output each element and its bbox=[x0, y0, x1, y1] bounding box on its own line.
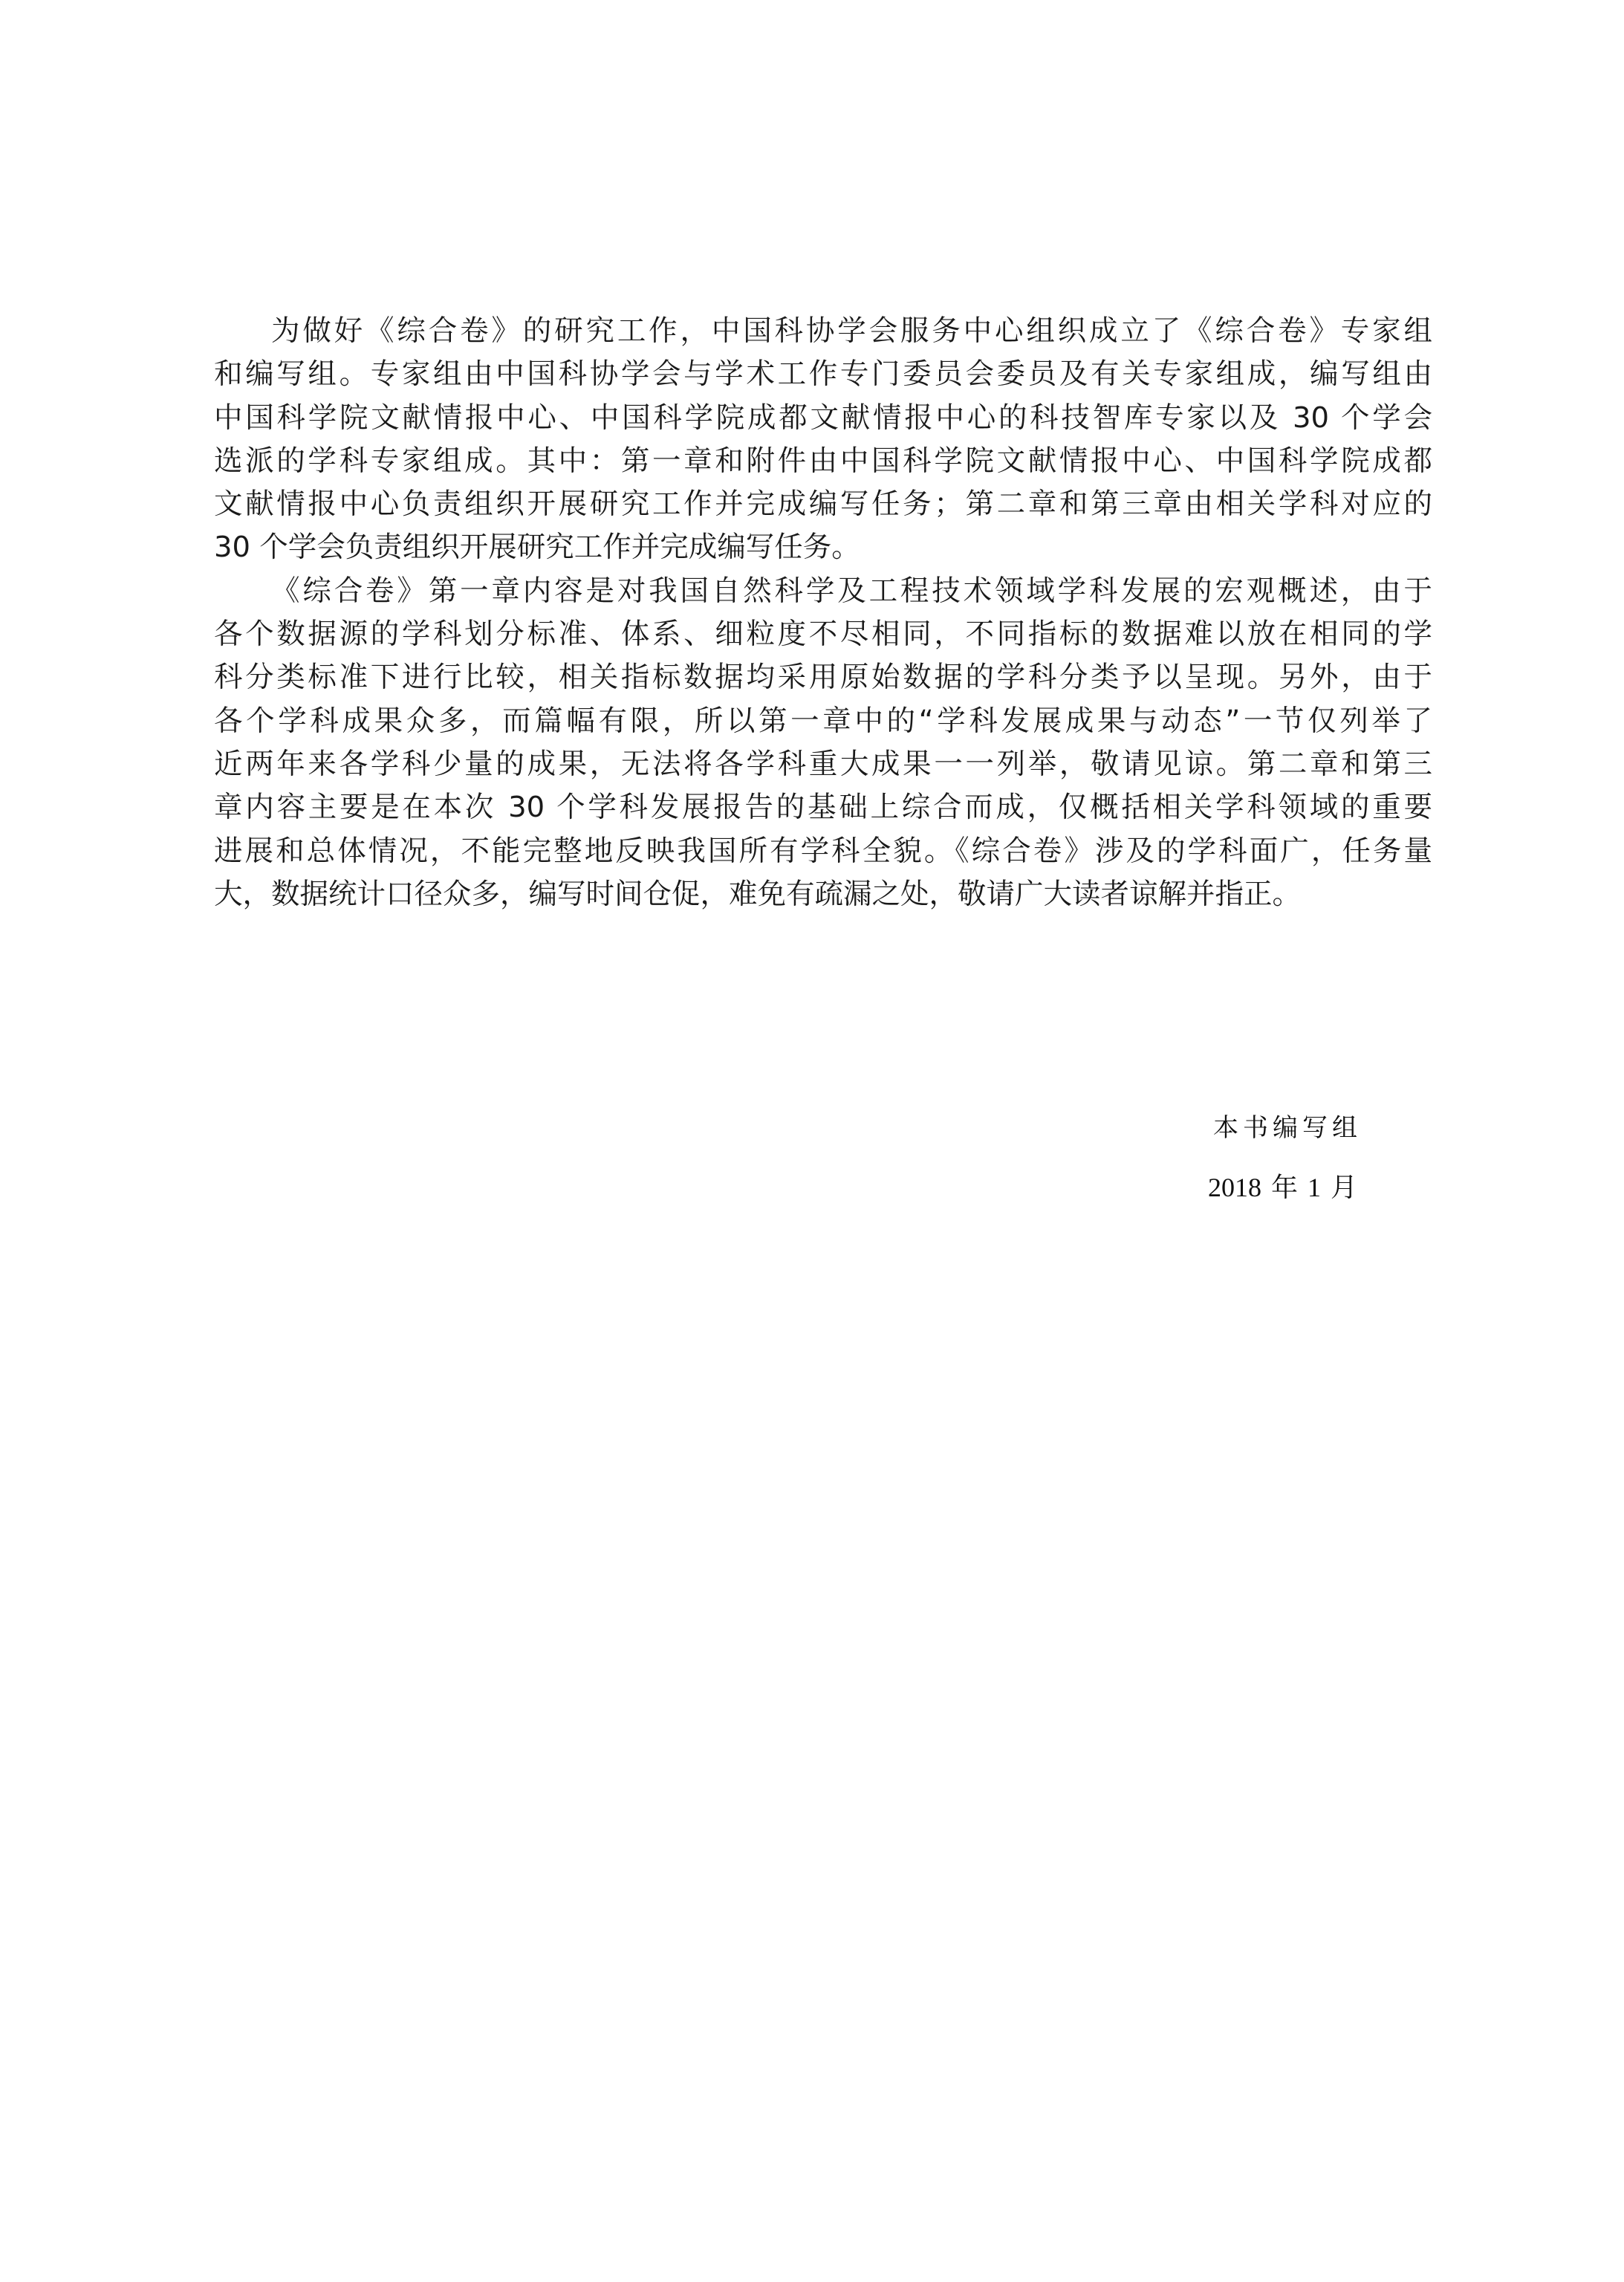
text-line: 科分类标准下进行比较，相关指标数据均采用原始数据的学科分类予以呈现。另外，由于 bbox=[214, 656, 1432, 699]
preface-body: 为做好《综合卷》的研究工作，中国科协学会服务中心组织成立了《综合卷》专家组 和编… bbox=[214, 310, 1432, 916]
text-line: 各个数据源的学科划分标准、体系、细粒度不尽相同，不同指标的数据难以放在相同的学 bbox=[214, 613, 1432, 656]
text-line: 中国科学院文献情报中心、中国科学院成都文献情报中心的科技智库专家以及 30 个学… bbox=[214, 397, 1432, 440]
document-page: 为做好《综合卷》的研究工作，中国科协学会服务中心组织成立了《综合卷》专家组 和编… bbox=[0, 0, 1624, 2282]
text-line: 大，数据统计口径众多，编写时间仓促，难免有疏漏之处，敬请广大读者谅解并指正。 bbox=[214, 873, 1432, 916]
date: 2018 年 1 月 bbox=[1208, 1167, 1357, 1205]
signature: 本书编写组 bbox=[1213, 1107, 1362, 1144]
paragraph-2: 《综合卷》第一章内容是对我国自然科学及工程技术领域学科发展的宏观概述，由于 各个… bbox=[214, 570, 1432, 916]
text-line: 《综合卷》第一章内容是对我国自然科学及工程技术领域学科发展的宏观概述，由于 bbox=[214, 570, 1432, 613]
text-line: 30 个学会负责组织开展研究工作并完成编写任务。 bbox=[214, 526, 1432, 569]
paragraph-1: 为做好《综合卷》的研究工作，中国科协学会服务中心组织成立了《综合卷》专家组 和编… bbox=[214, 310, 1432, 570]
text-line: 各个学科成果众多，而篇幅有限，所以第一章中的“学科发展成果与动态”一节仅列举了 bbox=[214, 700, 1432, 743]
text-line: 选派的学科专家组成。其中：第一章和附件由中国科学院文献情报中心、中国科学院成都 bbox=[214, 440, 1432, 483]
text-line: 进展和总体情况，不能完整地反映我国所有学科全貌。《综合卷》涉及的学科面广，任务量 bbox=[214, 830, 1432, 873]
text-line: 为做好《综合卷》的研究工作，中国科协学会服务中心组织成立了《综合卷》专家组 bbox=[214, 310, 1432, 353]
text-line: 章内容主要是在本次 30 个学科发展报告的基础上综合而成，仅概括相关学科领域的重… bbox=[214, 786, 1432, 829]
text-line: 近两年来各学科少量的成果，无法将各学科重大成果一一列举，敬请见谅。第二章和第三 bbox=[214, 743, 1432, 786]
text-line: 文献情报中心负责组织开展研究工作并完成编写任务；第二章和第三章由相关学科对应的 bbox=[214, 483, 1432, 526]
text-line: 和编写组。专家组由中国科协学会与学术工作专门委员会委员及有关专家组成，编写组由 bbox=[214, 353, 1432, 396]
